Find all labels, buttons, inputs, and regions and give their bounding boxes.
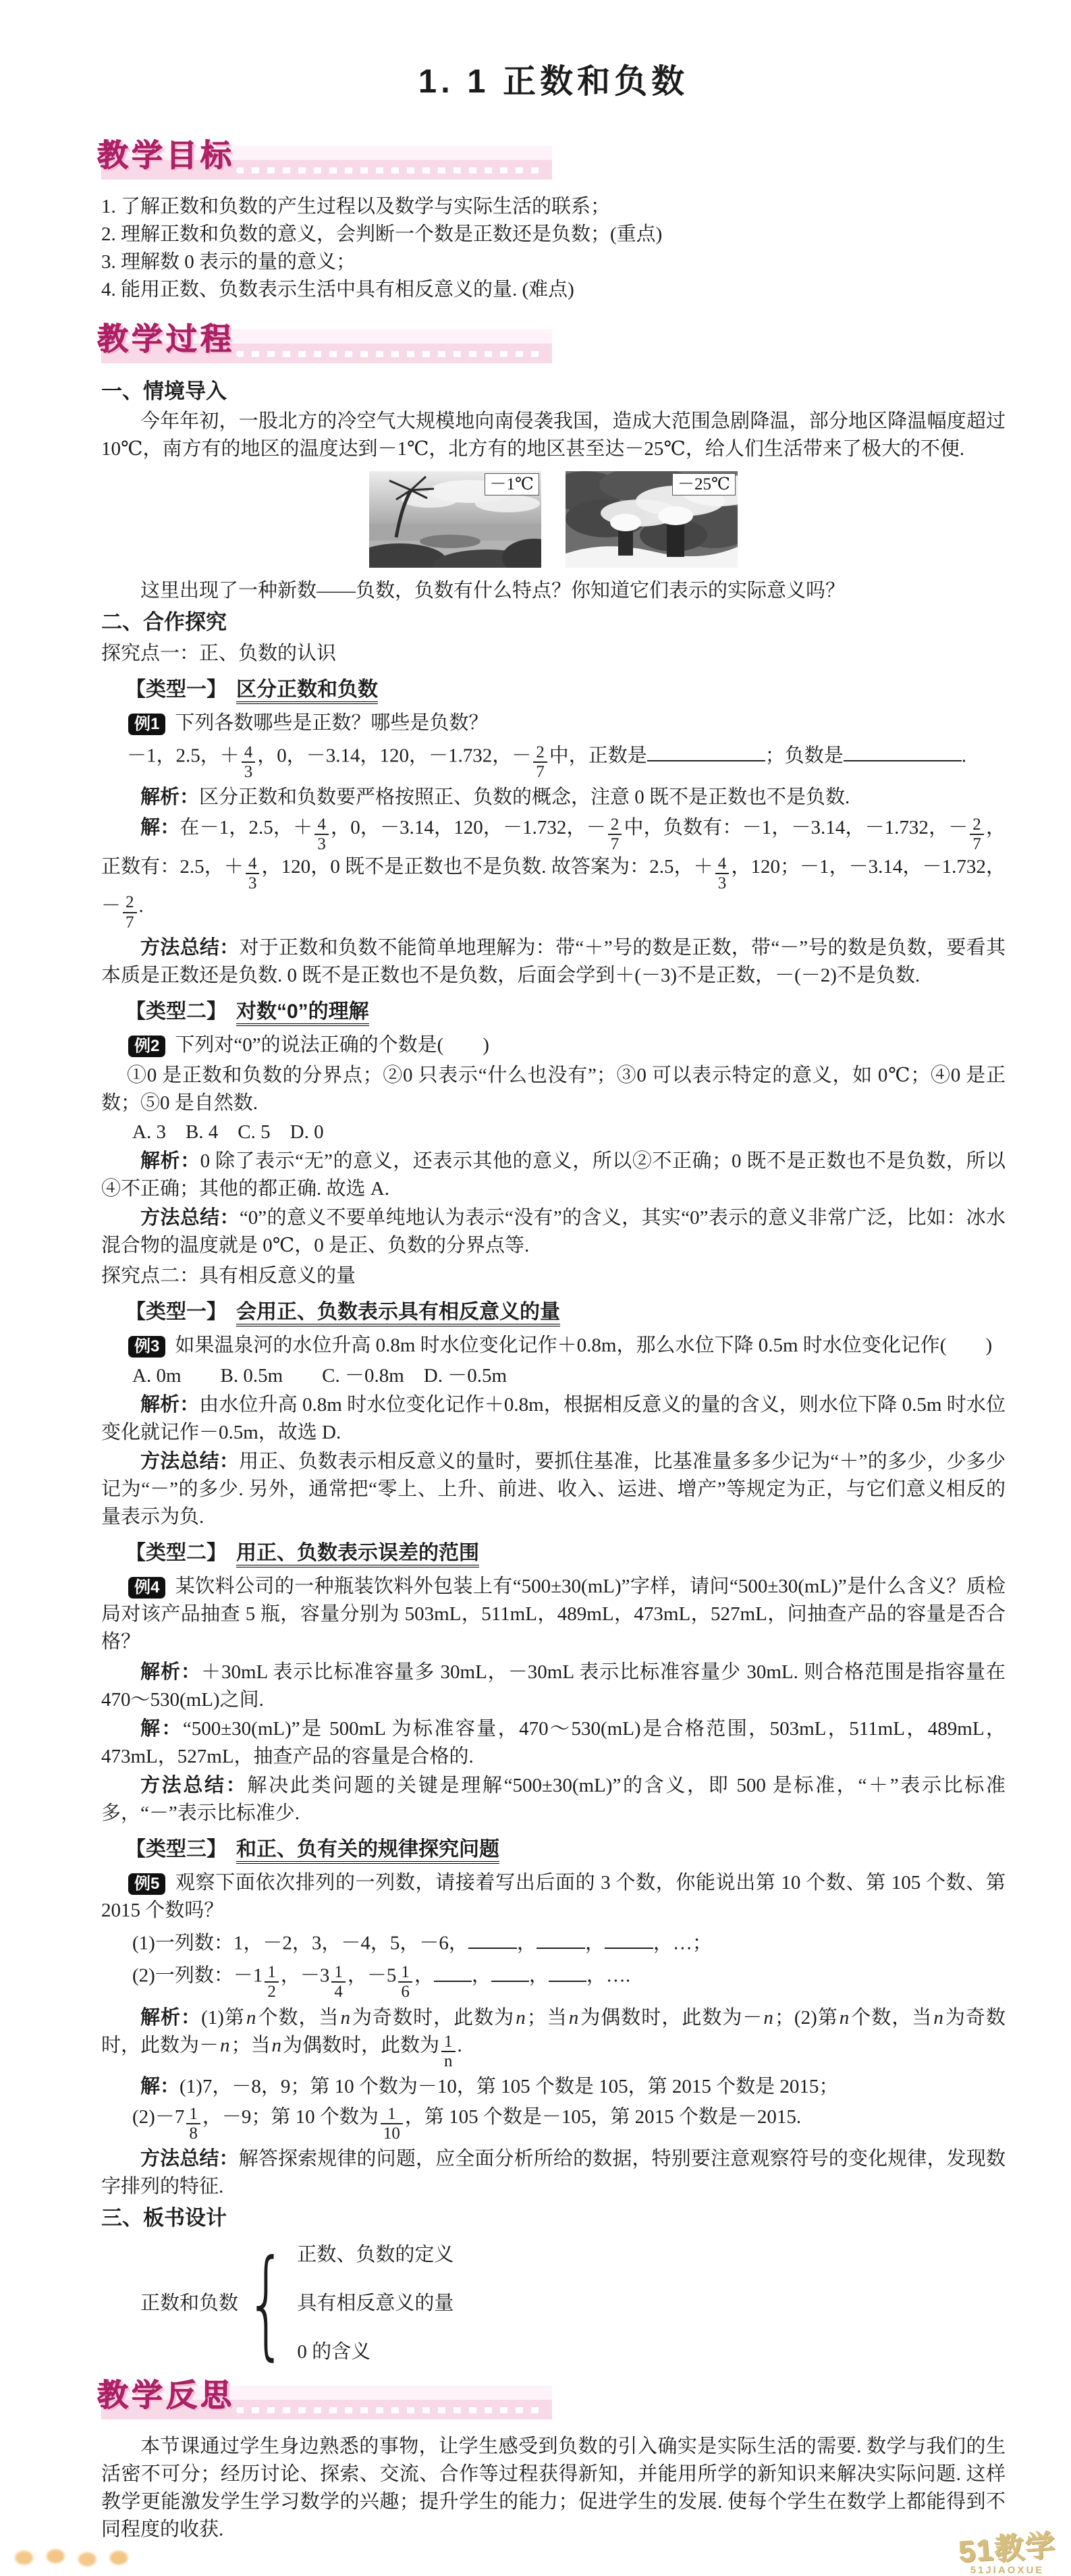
example-2-analysis-text: 0 除了表示“无”的意义，还表示其他的意义，所以②不正确；0 既不是正数也不是负…	[101, 1150, 1006, 1200]
banner-process-label: 教学过程	[97, 325, 235, 353]
photo-beach: －1℃	[369, 471, 541, 568]
example-5-analysis: 解析：(1)第n个数，当n为奇数时，此数为n；当n为偶数时，此数为－n；(2)第…	[101, 2004, 1006, 2071]
banner-reflection-label: 教学反思	[97, 2382, 235, 2409]
method-summary-label: 方法总结：	[140, 1207, 240, 1229]
section-1-heading: 一、情境导入	[101, 377, 1006, 406]
example-1-text: 下列各数哪些是正数？哪些是负数？	[175, 712, 488, 734]
example-3-question: 例3如果温泉河的水位升高 0.8m 时水位变化记作＋0.8m，那么水位下降 0.…	[101, 1332, 1006, 1360]
example-3-options: A. 0m B. 0.5m C. －0.8m D. －0.5m	[101, 1362, 1006, 1390]
solution-label: 解：	[140, 1718, 183, 1740]
brace-glyph: {	[246, 2245, 287, 2363]
example-4-question: 例4某饮料公司的一种瓶装饮料外包装上有“500±30(mL)”字样，请问“500…	[101, 1573, 1006, 1656]
photo-snow: －25℃	[566, 471, 738, 568]
method-summary-label: 方法总结：	[140, 1451, 239, 1472]
banner-objectives: 教学目标	[93, 140, 1006, 185]
example-1-method-summary: 方法总结：对于正数和负数不能简单地理解为：带“＋”号的数是正数，带“－”号的数是…	[101, 934, 1006, 990]
objective-item: 4. 能用正数、负数表示生活中具有相反意义的量. (难点)	[101, 276, 1006, 304]
example-1-sequence: －1，2.5，＋43，0，－3.14，120，－1.732，－27中，正数是；负…	[101, 740, 1006, 781]
board-item: 具有相反意义的量	[297, 2292, 454, 2314]
board-items: 正数、负数的定义 具有相反意义的量 0 的含义	[297, 2244, 454, 2363]
page-title: 1. 1 正数和负数	[101, 58, 1006, 105]
example-4-method-summary: 方法总结：解决此类问题的关键是理解“500±30(mL)”的含义，即 500 是…	[101, 1772, 1006, 1827]
objective-item: 2. 理解正数和负数的意义，会判断一个数是正数还是负数；(重点)	[101, 221, 1006, 248]
board-item: 正数、负数的定义	[297, 2244, 454, 2265]
example-2-analysis: 解析：0 除了表示“无”的意义，还表示其他的意义，所以②不正确；0 既不是正数也…	[101, 1148, 1006, 1203]
example-5-method-summary: 方法总结：解答探索规律的问题，应全面分析所给的数据，特别要注意观察符号的变化规律…	[101, 2145, 1006, 2201]
type-title: 区分正数和负数	[236, 678, 378, 704]
analysis-label: 解析：	[140, 1661, 201, 1683]
example-2-badge: 例2	[128, 1036, 165, 1057]
example-3-analysis: 解析：由水位升高 0.8m 时水位变化记作＋0.8m，根据相反意义的量的含义，则…	[101, 1391, 1006, 1447]
example-1-question: 例1下列各数哪些是正数？哪些是负数？	[101, 709, 1006, 737]
example-3-analysis-text: 由水位升高 0.8m 时水位变化记作＋0.8m，根据相反意义的量的含义，则水位下…	[101, 1394, 1006, 1443]
example-5-solution-1: 解：(1)7，－8，9；第 10 个数为－10，第 105 个数是 105，第 …	[101, 2073, 1006, 2101]
board-item: 0 的含义	[297, 2341, 454, 2363]
banner-dashes	[236, 167, 540, 173]
example-5-badge: 例5	[128, 1873, 165, 1895]
type-heading-1: 【类型一】区分正数和负数	[101, 674, 1006, 705]
example-5-text: 观察下面依次排列的一列数，请接着写出后面的 3 个数，你能说出第 10 个数、第…	[101, 1872, 1006, 1921]
banner-dashes	[236, 2407, 540, 2413]
photo-temp-label-left: －1℃	[485, 473, 539, 495]
banner-dashes	[236, 351, 540, 357]
example-2-text: 下列对“0”的说法正确的个数是( )	[175, 1034, 489, 1056]
method-summary-label: 方法总结：	[140, 937, 239, 959]
banner-reflection: 教学反思	[93, 2380, 1006, 2425]
type-heading-4: 【类型二】用正、负数表示误差的范围	[101, 1538, 1006, 1569]
example-5-sequence-1: (1)一列数：1，－2，3，－4，5，－6，，，，…；	[101, 1927, 1006, 1957]
type-label: 【类型一】	[126, 678, 227, 701]
example-5-question: 例5观察下面依次排列的一列数，请接着写出后面的 3 个数，你能说出第 10 个数…	[101, 1869, 1006, 1925]
document-page: 1. 1 正数和负数 教学目标 1. 了解正数和负数的产生过程以及数学与实际生活…	[0, 0, 1071, 2544]
example-3-method-summary: 方法总结：用正、负数表示相反意义的量时，要抓住基准，比基准量多多少记为“＋”的多…	[101, 1448, 1006, 1531]
type-label: 【类型三】	[126, 1838, 227, 1860]
analysis-label: 解析：	[140, 1150, 200, 1172]
example-2-method-summary: 方法总结：“0”的意义不要单纯地认为表示“没有”的含义，其实“0”表示的意义非常…	[101, 1204, 1006, 1260]
example-3-badge: 例3	[128, 1336, 165, 1358]
example-1-analysis-text: 区分正数和负数要严格按照正、负数的概念，注意 0 既不是正数也不是负数.	[199, 786, 850, 808]
objective-item: 3. 理解数 0 表示的量的意义；	[101, 248, 1006, 276]
intro-paragraph: 今年年初，一股北方的冷空气大规模地向南侵袭我国，造成大范围急剧降温，部分地区降温…	[101, 408, 1006, 463]
site-watermark: 51教学 51JIAOXUE	[958, 2533, 1056, 2576]
corner-logo-watermark	[9, 2542, 131, 2573]
example-1-badge: 例1	[128, 714, 165, 735]
intro-photos: －1℃ －25℃	[101, 471, 1006, 568]
objective-item: 1. 了解正数和负数的产生过程以及数学与实际生活的联系；	[101, 193, 1006, 221]
banner-process: 教学过程	[93, 324, 1006, 369]
type-title: 会用正、负数表示具有相反意义的量	[236, 1301, 560, 1326]
section-3-heading: 三、板书设计	[101, 2203, 1006, 2233]
example-4-solution: 解：“500±30(mL)”是 500mL 为标准容量，470～530(mL)是…	[101, 1715, 1006, 1771]
method-summary-label: 方法总结：	[140, 1775, 247, 1796]
reflection-paragraph: 本节课通过学生身边熟悉的事物，让学生感受到负数的引入确实是实际生活的需要. 数学…	[101, 2433, 1006, 2544]
example-2-options: A. 3 B. 4 C. 5 D. 0	[101, 1119, 1006, 1146]
example-2-question: 例2下列对“0”的说法正确的个数是( )	[101, 1031, 1006, 1059]
type-title: 和正、负有关的规律探究问题	[236, 1838, 499, 1864]
type-title: 用正、负数表示误差的范围	[236, 1542, 479, 1567]
example-2-items: ①0 是正数和负数的分界点；②0 只表示“什么也没有”；③0 可以表示特定的意义…	[101, 1062, 1006, 1117]
type-label: 【类型二】	[126, 1542, 227, 1564]
example-4-text: 某饮料公司的一种瓶装饮料外包装上有“500±30(mL)”字样，请问“500±3…	[101, 1576, 1006, 1653]
analysis-label: 解析：	[140, 786, 199, 808]
inquiry-point-1: 探究点一：正、负数的认识	[101, 640, 1006, 668]
type-heading-3: 【类型一】会用正、负数表示具有相反意义的量	[101, 1297, 1006, 1328]
type-heading-2: 【类型二】对数“0”的理解	[101, 996, 1006, 1027]
example-5-sequence-2: (2)一列数：－112，－314，－516，，，，….	[101, 1960, 1006, 2001]
type-title: 对数“0”的理解	[236, 1000, 369, 1026]
method-summary-label: 方法总结：	[140, 2148, 239, 2170]
board-subject: 正数和负数	[140, 2290, 238, 2317]
type-label: 【类型二】	[126, 1000, 227, 1023]
analysis-label: 解析：	[140, 1394, 199, 1416]
section-2-heading: 二、合作探究	[101, 608, 1006, 637]
example-4-badge: 例4	[128, 1577, 165, 1599]
site-watermark-name: 51教学	[958, 2529, 1058, 2569]
example-1-analysis: 解析：区分正数和负数要严格按照正、负数的概念，注意 0 既不是正数也不是负数.	[101, 784, 1006, 811]
board-design: 正数和负数 { 正数、负数的定义 具有相反意义的量 0 的含义	[140, 2244, 1006, 2363]
example-1-solution: 解：在－1，2.5，＋43，0，－3.14，120，－1.732，－27中，负数…	[101, 814, 1006, 932]
type-label: 【类型一】	[126, 1301, 227, 1323]
example-5-solution-2: (2)－718，－9；第 10 个数为110，第 105 个数是－105，第 2…	[101, 2103, 1006, 2143]
example-3-text: 如果温泉河的水位升高 0.8m 时水位变化记作＋0.8m，那么水位下降 0.5m…	[175, 1335, 992, 1356]
inquiry-point-2: 探究点二：具有相反意义的量	[101, 1262, 1006, 1290]
type-heading-5: 【类型三】和正、负有关的规律探究问题	[101, 1834, 1006, 1865]
example-4-analysis-text: ＋30mL 表示比标准容量多 30mL，－30mL 表示比标准容量少 30mL.…	[101, 1661, 1006, 1711]
banner-objectives-label: 教学目标	[97, 142, 235, 169]
example-4-solution-text: “500±30(mL)”是 500mL 为标准容量，470～530(mL)是合格…	[101, 1718, 1006, 1767]
intro-question: 这里出现了一种新数——负数，负数有什么特点？你知道它们表示的实际意义吗？	[101, 577, 1006, 605]
photo-temp-label-right: －25℃	[672, 473, 736, 495]
example-4-analysis: 解析：＋30mL 表示比标准容量多 30mL，－30mL 表示比标准容量少 30…	[101, 1659, 1006, 1714]
objectives-list: 1. 了解正数和负数的产生过程以及数学与实际生活的联系； 2. 理解正数和负数的…	[101, 193, 1006, 304]
